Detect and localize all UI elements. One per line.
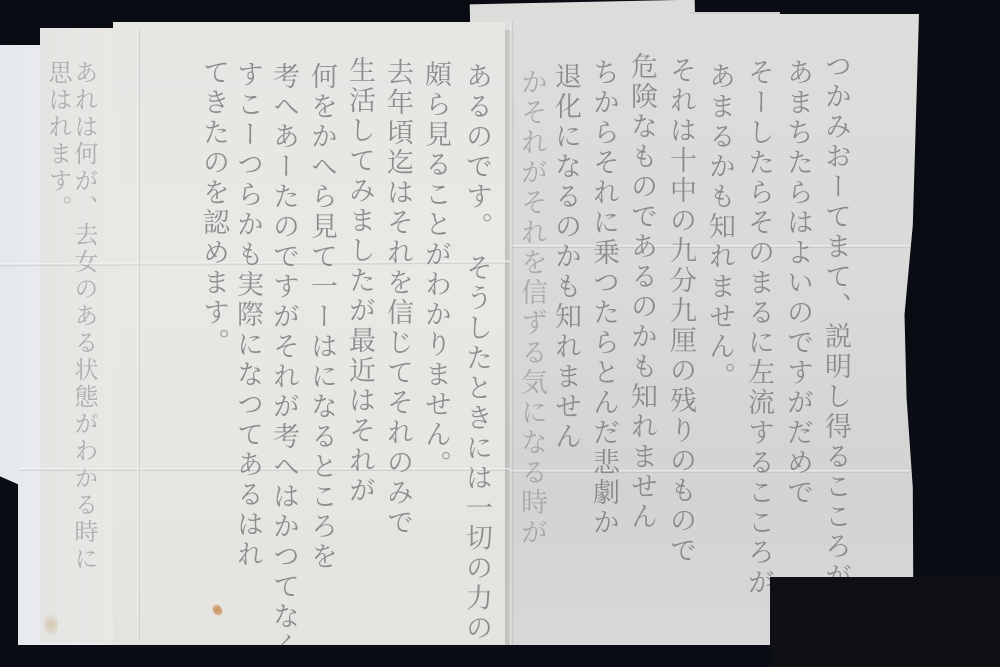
handwriting-column: 何をかへら見て一ーはになるところを: [308, 62, 335, 572]
handwriting-column: そーしたらそのまるに左流するこころが: [745, 58, 772, 598]
vertical-fold-crease: [510, 20, 513, 650]
handwriting-column: それは十中の九分九厘の残りのもので: [667, 56, 694, 566]
handwriting-column: 考へあーたのですがそれが考へはかつてなく: [270, 62, 297, 662]
paper-stain: [44, 610, 58, 640]
handwriting-column: すこーつらかも実際になつてあるはれ: [234, 60, 261, 570]
handwriting-column: てきたのを認めます。: [200, 58, 227, 358]
handwriting-column: 頗ら見ることがわかりません。: [422, 60, 449, 480]
handwriting-column: つかみおーてまて、説明し得るこころが: [822, 52, 849, 592]
handwriting-column: あれは何が、去女のある状態がわかる時に: [72, 60, 96, 573]
handwriting-column: あまるかも知れません。: [706, 62, 733, 392]
handwriting-column: 去年頃迄はそれを信じてそれのみで: [384, 58, 411, 538]
dark-corner-block: [770, 577, 1000, 667]
handwriting-column: かそれがそれを信ずる気になる時が: [518, 68, 545, 548]
handwriting-column: あるのです。 そうしたときには一切の力のを: [463, 62, 490, 667]
handwriting-column: 生活してみましたが最近はそれが: [346, 56, 373, 506]
handwriting-column: 退化になるのかも知れません: [552, 62, 579, 452]
handwriting-column: 危険なものであるのかも知れません: [628, 52, 655, 532]
handwriting-column: ちからそれに乗つたらとんだ悲劇か: [590, 58, 617, 538]
letter-photo: あれは何が、去女のある状態がわかる時に 思はれます。 つかみおーてまて、説明し得…: [0, 0, 1000, 667]
handwriting-column: あまちたらはよいのですがだめで: [784, 58, 811, 508]
handwriting-column: 思はれます。: [46, 60, 70, 222]
vertical-fold-crease: [137, 30, 140, 640]
